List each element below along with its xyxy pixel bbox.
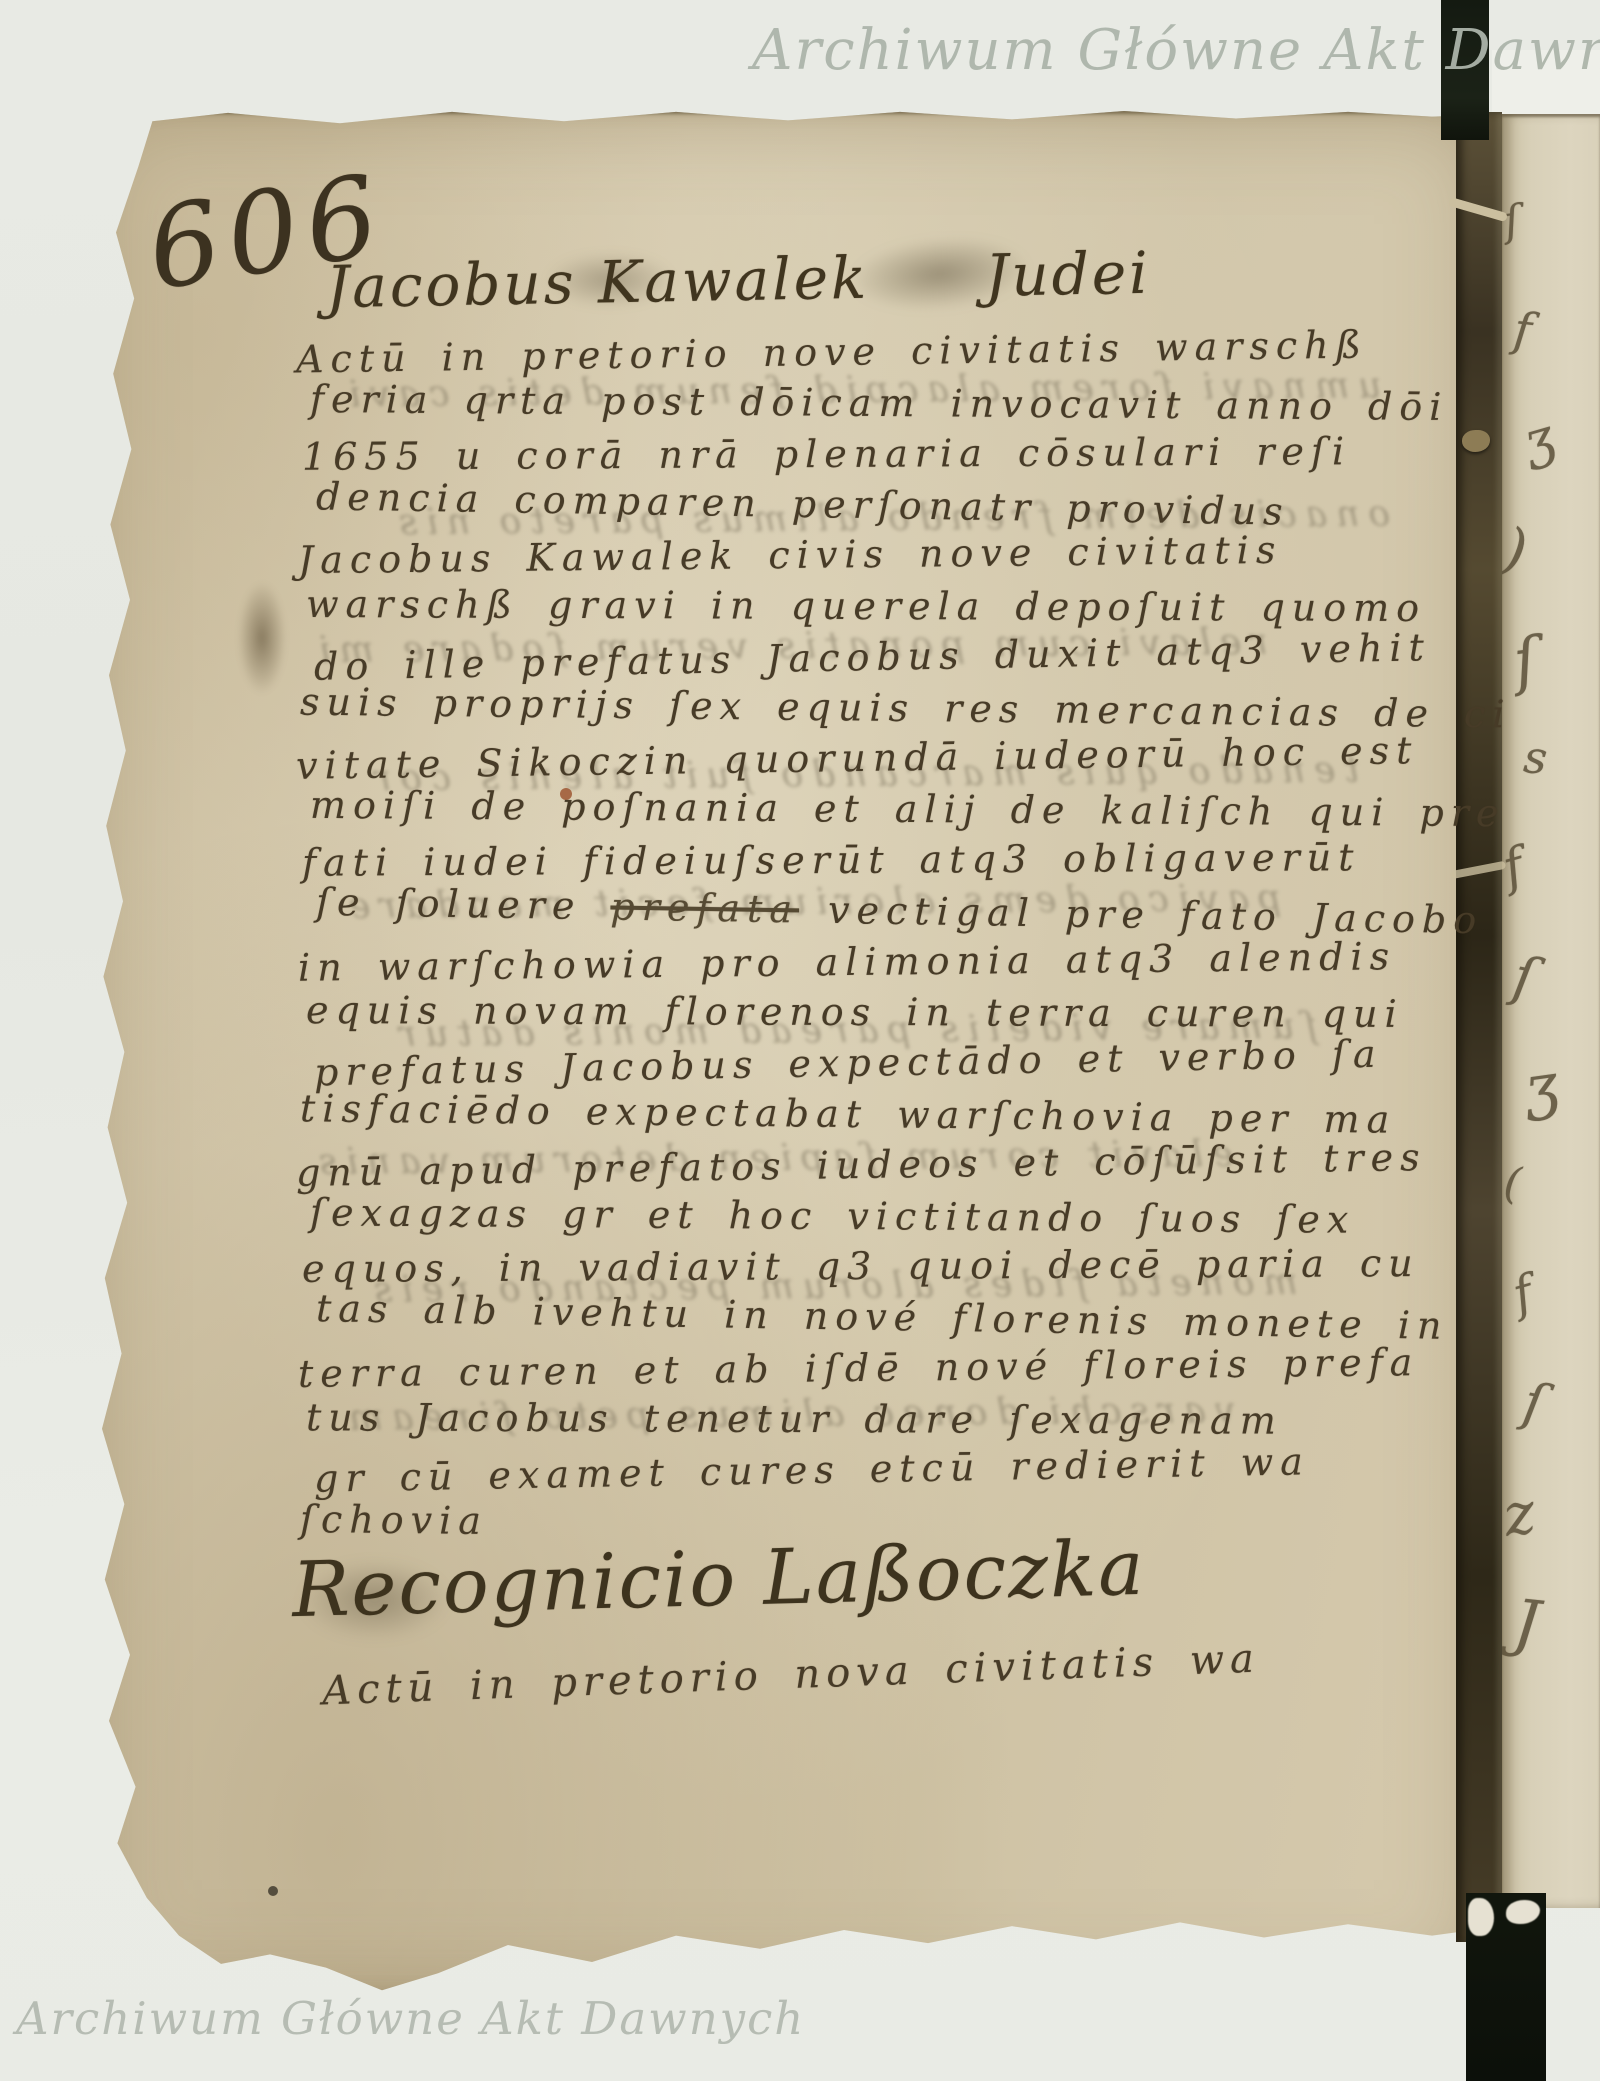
entry-heading-judei: Judei bbox=[984, 239, 1151, 310]
manuscript-line: equos, in vadiavit q3 quoi decē paria cu bbox=[302, 1241, 1420, 1291]
manuscript-line: 1655 u corā nrā plenaria cōsulari reſi bbox=[302, 429, 1351, 478]
manuscript-line: equis novam florenos in terra curen qui bbox=[306, 988, 1404, 1036]
manuscript-line: warschß gravi in querela depoſuit quomo bbox=[306, 582, 1426, 630]
manuscript-scan: ſfʒ)ſsfſʒ(fſzJ umnavi ſorem alacpid fenu… bbox=[0, 0, 1600, 2081]
manuscript-line: feria qrta post dōicam invocavit anno dō… bbox=[310, 377, 1449, 429]
book-binding bbox=[1456, 112, 1502, 1942]
struck-word: prefata bbox=[610, 884, 799, 931]
manuscript-line: tus Jacobus tenetur dare ſexagenam bbox=[306, 1395, 1283, 1442]
ink-dot bbox=[268, 1886, 278, 1896]
archive-watermark-top: Archiwum Główne Akt Dawnych bbox=[752, 18, 1600, 83]
manuscript-line: fati iudei fideiuſserūt atq3 obligaverūt bbox=[302, 835, 1361, 885]
manuscript-line: moiſi de poſnania et alij de kaliſch qui… bbox=[310, 783, 1506, 835]
torn-paper-bit bbox=[1468, 1898, 1494, 1936]
entry-heading-name: Jacobus Kawalek bbox=[325, 244, 869, 321]
manuscript-line: ſchovia bbox=[300, 1497, 488, 1543]
entry-heading: Jacobus KawalekJudei bbox=[325, 239, 1151, 321]
ink-stain bbox=[238, 582, 286, 694]
archive-watermark-bottom: Archiwum Główne Akt Dawnych bbox=[16, 1992, 805, 2045]
manuscript-line: ſexagzas gr et hoc victitando ſuos ſex bbox=[310, 1190, 1356, 1241]
